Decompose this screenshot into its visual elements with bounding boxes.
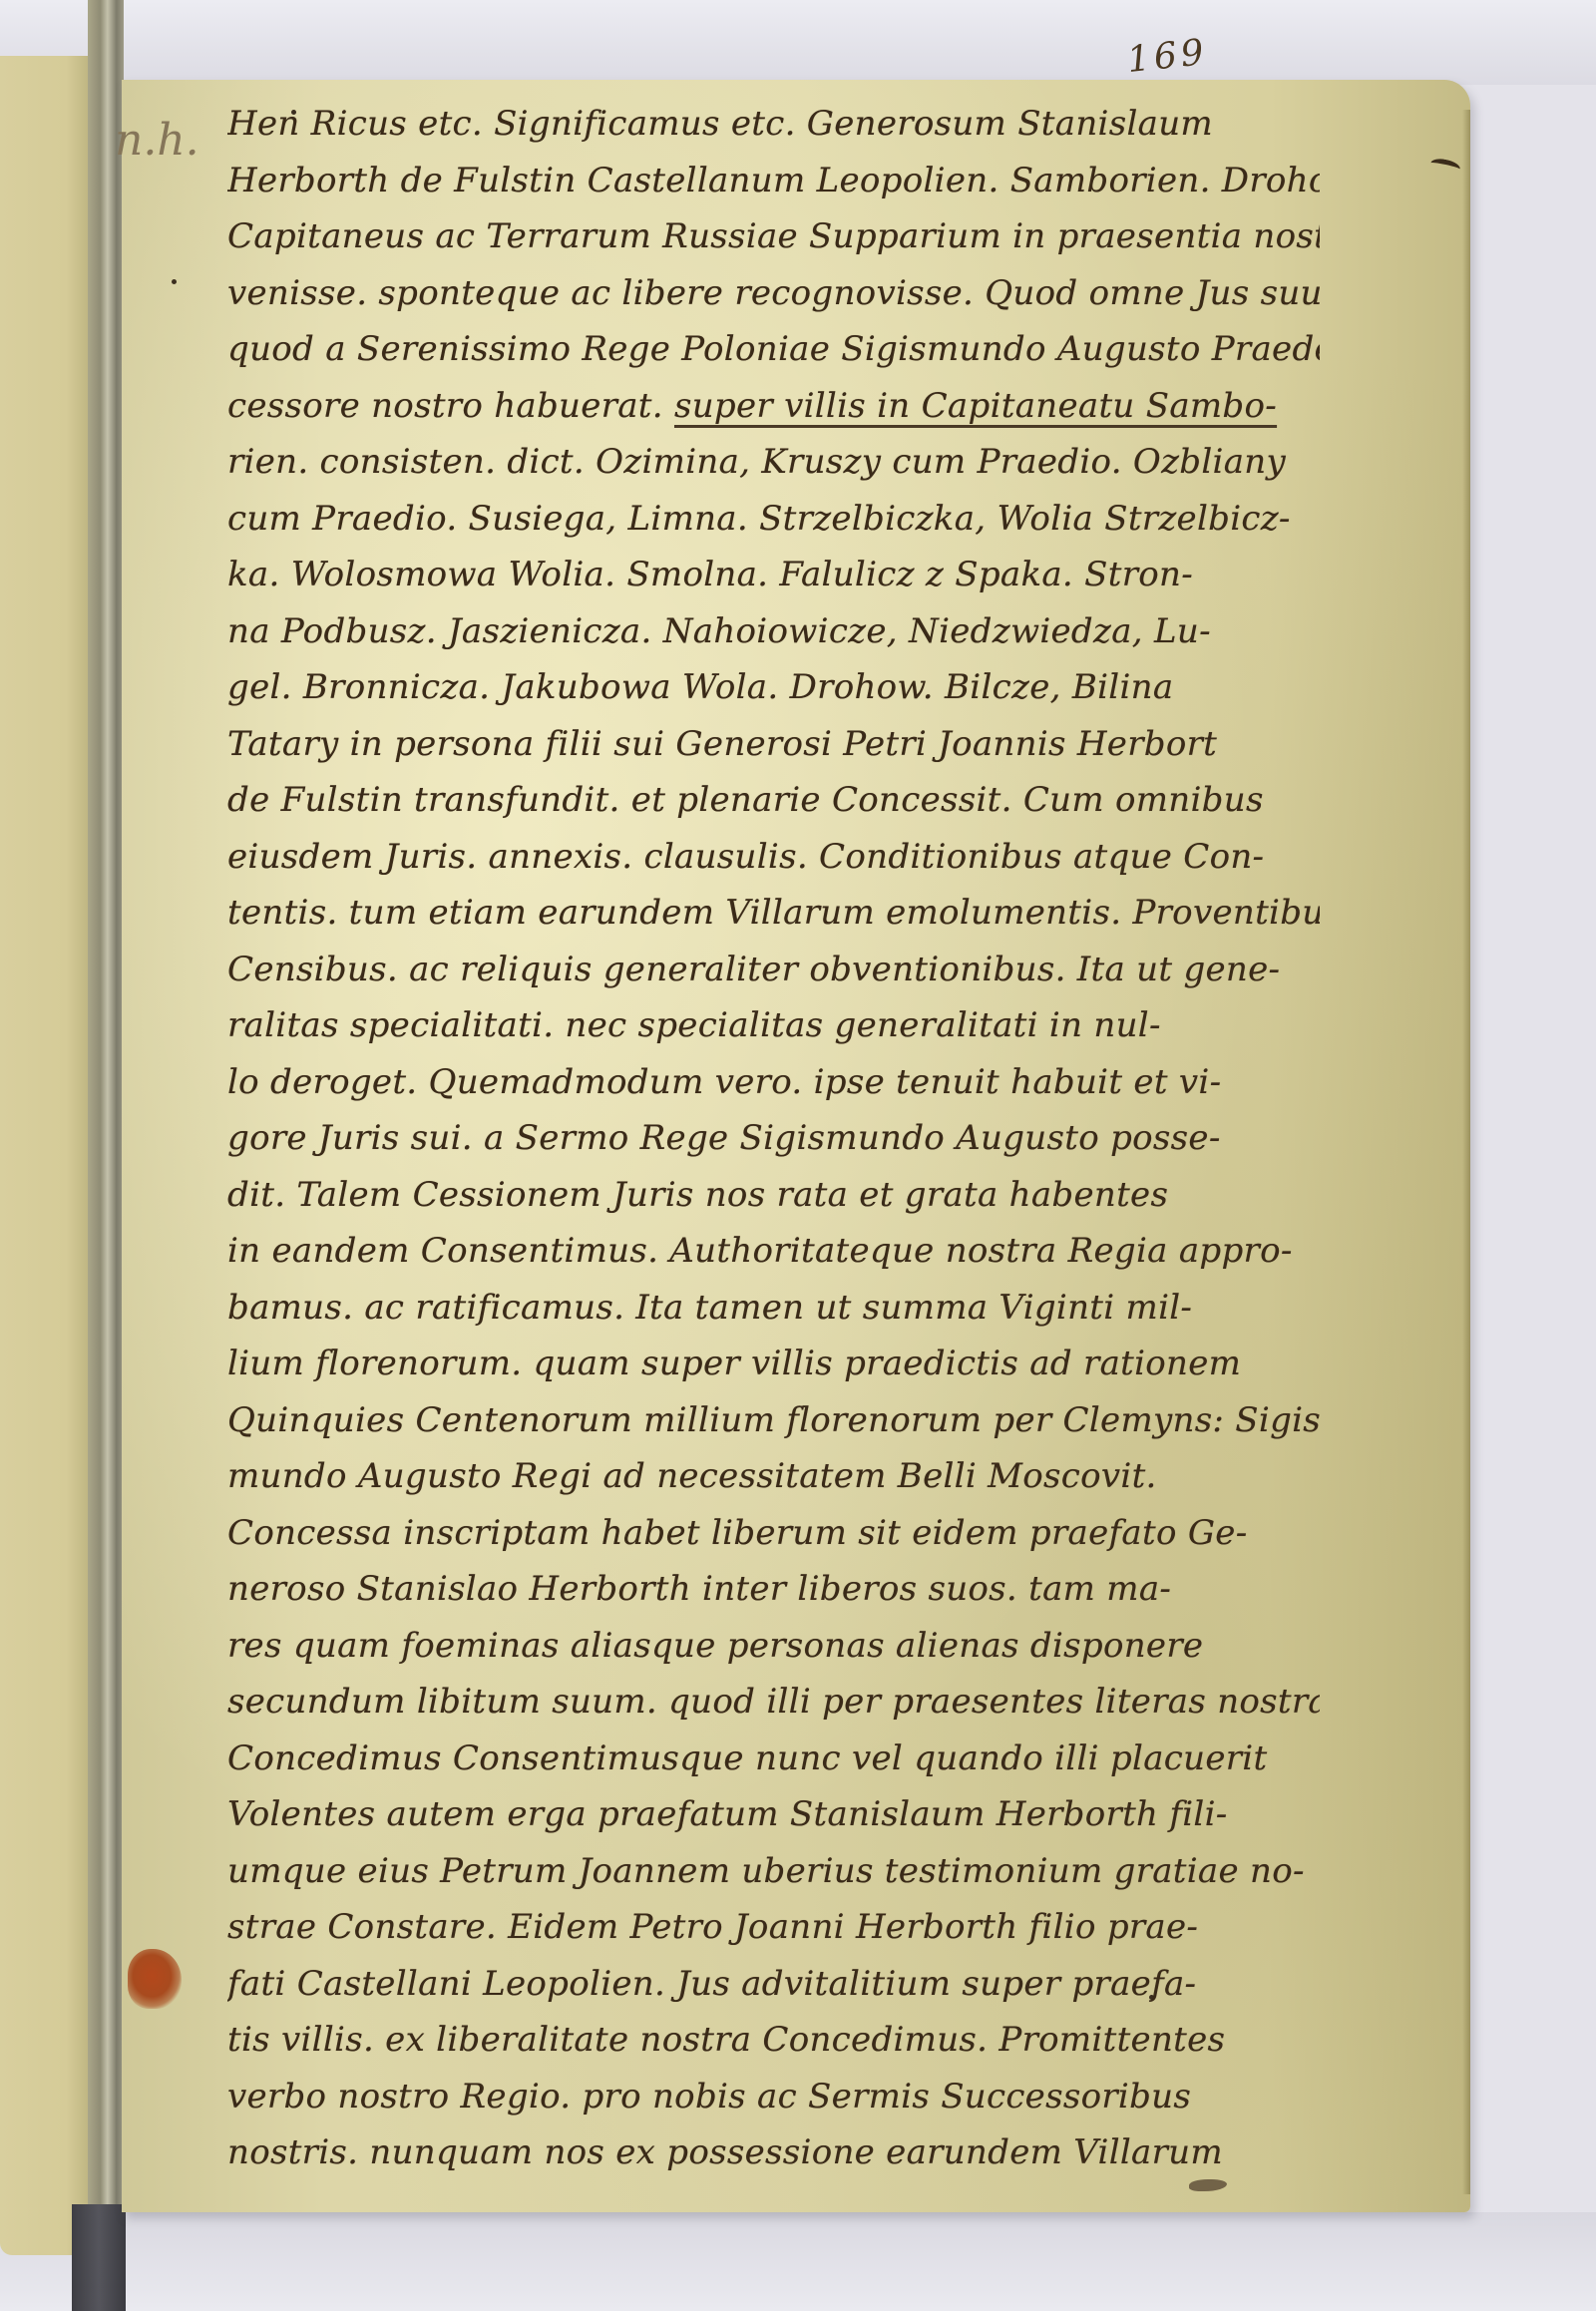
folio-number: 169	[1125, 32, 1210, 81]
text-line: fati Castellani Leopolien. Jus advitalit…	[227, 1956, 1320, 2013]
text-line: Volentes autem erga praefatum Stanislaum…	[227, 1786, 1320, 1843]
facing-page-edge	[0, 56, 95, 2255]
text-line: eiusdem Juris. annexis. clausulis. Condi…	[227, 829, 1320, 886]
text-line: quod a Serenissimo Rege Poloniae Sigismu…	[227, 321, 1320, 378]
text-line: na Podbusz. Jaszienicza. Nahoiowicze, Ni…	[227, 603, 1320, 660]
text-line: rien. consisten. dict. Ozimina, Kruszy c…	[227, 434, 1320, 491]
text-line: secundum libitum suum. quod illi per pra…	[227, 1674, 1320, 1731]
text-line: cessore nostro habuerat. super villis in…	[227, 378, 1320, 435]
margin-note: n.h.	[115, 115, 199, 166]
text-line: nostris. nunquam nos ex possessione earu…	[227, 2124, 1320, 2181]
binding-clip	[72, 2204, 126, 2311]
text-line: gore Juris sui. a Sermo Rege Sigismundo …	[227, 1110, 1320, 1167]
text-line: lium florenorum. quam super villis praed…	[227, 1336, 1320, 1392]
manuscript-text: Hen Ricus etc. Significamus etc. Generos…	[227, 96, 1320, 2181]
text-line: Censibus. ac reliquis generaliter obvent…	[227, 942, 1320, 998]
text-line: ka. Wolosmowa Wolia. Smolna. Falulicz z …	[227, 547, 1320, 603]
underlined-segment: super villis in Capitaneatu Sambo-	[674, 386, 1277, 426]
text-line: Capitaneus ac Terrarum Russiae Supparium…	[227, 208, 1320, 265]
text-line: Tatary in persona filii sui Generosi Pet…	[227, 716, 1320, 773]
text-line: gel. Bronnicza. Jakubowa Wola. Drohow. B…	[227, 659, 1320, 716]
text-line: venisse. sponteque ac libere recognoviss…	[227, 265, 1320, 322]
text-segment: cessore nostro habuerat.	[227, 386, 663, 426]
text-line: tentis. tum etiam earundem Villarum emol…	[227, 885, 1320, 942]
scan-backdrop-top	[0, 0, 1596, 85]
text-line: Hen Ricus etc. Significamus etc. Generos…	[227, 96, 1320, 153]
text-line: Concedimus Consentimusque nunc vel quand…	[227, 1731, 1320, 1787]
text-line: Quinquies Centenorum millium florenorum …	[227, 1392, 1320, 1449]
text-line: mundo Augusto Regi ad necessitatem Belli…	[227, 1448, 1320, 1505]
book-gutter	[88, 0, 124, 2311]
text-line: neroso Stanislao Herborth inter liberos …	[227, 1561, 1320, 1618]
text-line: Concessa inscriptam habet liberum sit ei…	[227, 1505, 1320, 1562]
text-line: umque eius Petrum Joannem uberius testim…	[227, 1843, 1320, 1900]
text-line: bamus. ac ratificamus. Ita tamen ut summ…	[227, 1280, 1320, 1337]
ink-mark-corner	[1429, 157, 1461, 176]
text-line: res quam foeminas aliasque personas alie…	[227, 1618, 1320, 1675]
ink-speck	[172, 279, 177, 284]
text-line: ralitas specialitati. nec specialitas ge…	[227, 997, 1320, 1054]
text-line: lo deroget. Quemadmodum vero. ipse tenui…	[227, 1054, 1320, 1111]
ink-mark-foot	[1189, 2179, 1227, 2191]
text-line: cum Praedio. Susiega, Limna. Strzelbiczk…	[227, 491, 1320, 548]
text-line: tis villis. ex liberalitate nostra Conce…	[227, 2012, 1320, 2069]
scan-backdrop-bottom	[0, 2212, 1596, 2311]
text-line: dit. Talem Cessionem Juris nos rata et g…	[227, 1167, 1320, 1224]
text-line: de Fulstin transfundit. et plenarie Conc…	[227, 772, 1320, 829]
text-line: Herborth de Fulstin Castellanum Leopolie…	[227, 153, 1320, 209]
text-line: in eandem Consentimus. Authoritateque no…	[227, 1223, 1320, 1280]
text-line: verbo nostro Regio. pro nobis ac Sermis …	[227, 2069, 1320, 2125]
text-line: strae Constare. Eidem Petro Joanni Herbo…	[227, 1899, 1320, 1956]
page-edge-shadow	[1462, 110, 1470, 2194]
rust-stain	[128, 1949, 182, 2009]
